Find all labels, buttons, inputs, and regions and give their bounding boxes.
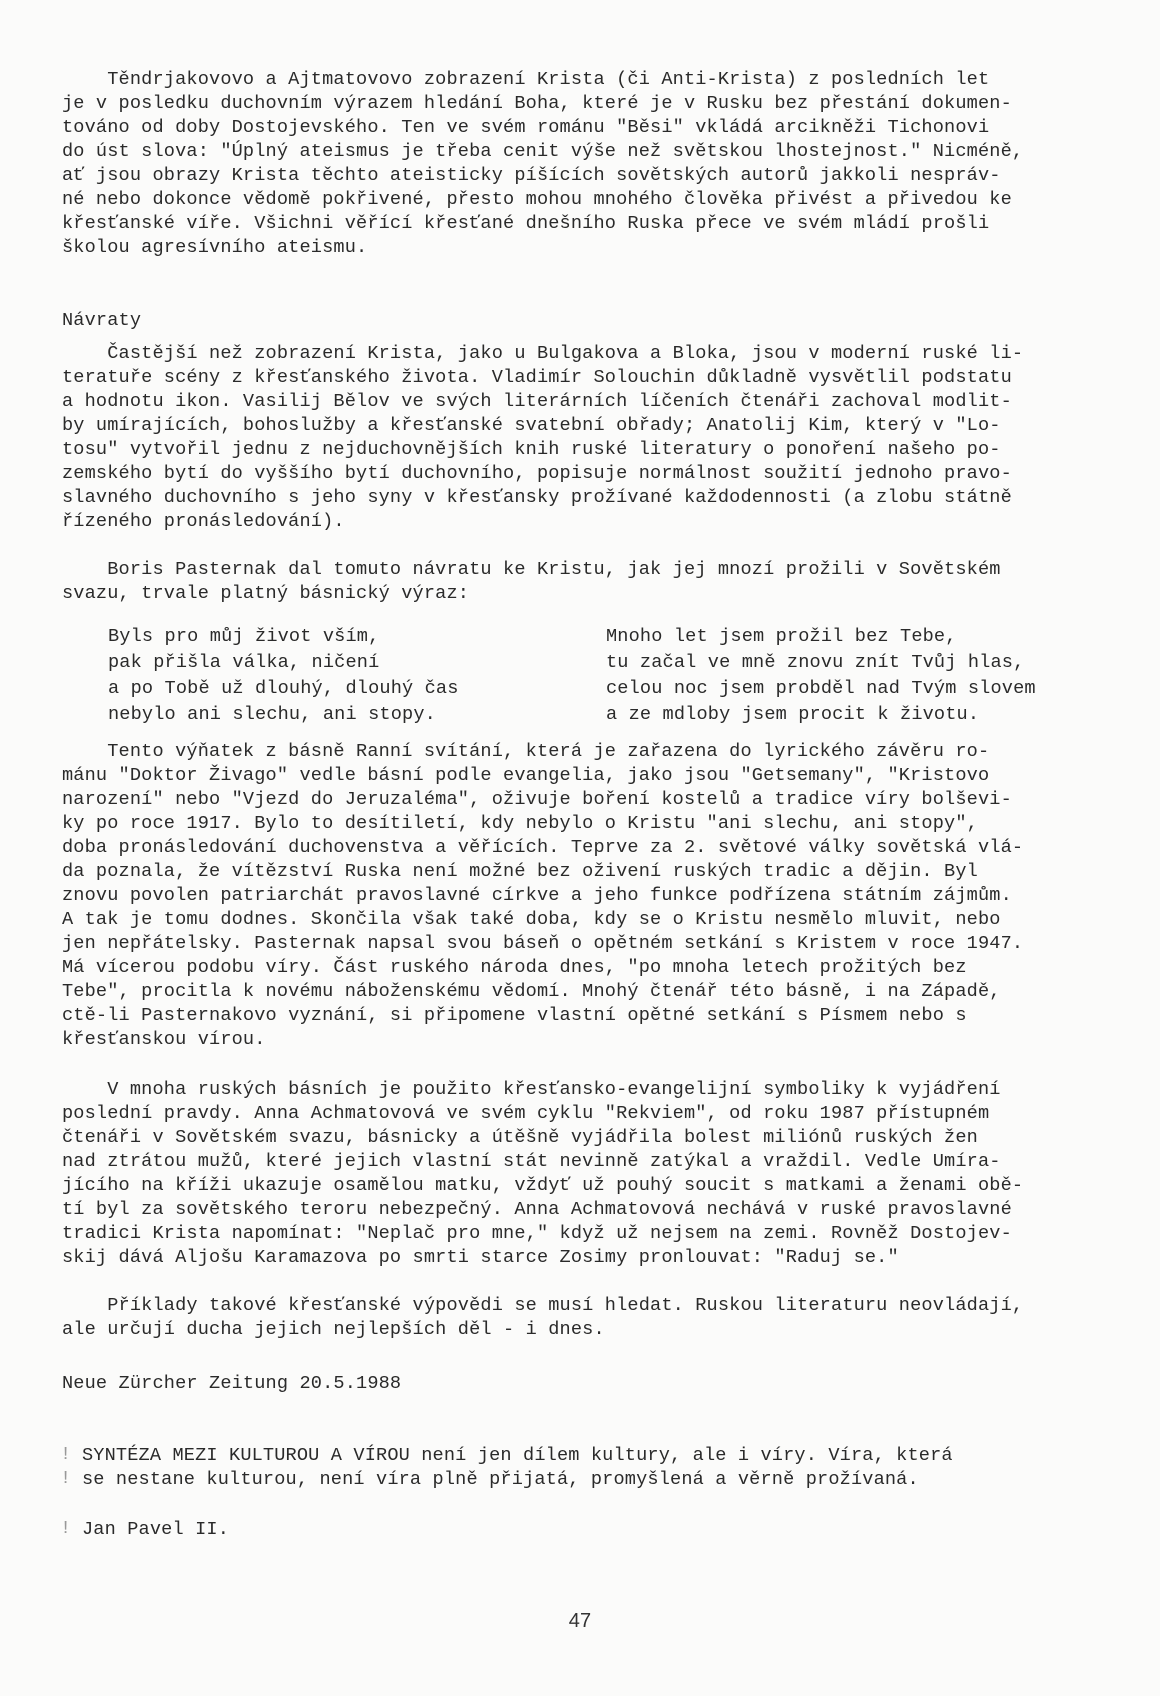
text-line: Častější než zobrazení Krista, jako u Bu… [62, 342, 1023, 366]
text-line: poslední pravdy. Anna Achmatovová ve své… [62, 1102, 989, 1126]
text-line: tí byl za sovětského teroru nebezpečný. … [62, 1198, 1012, 1222]
section-heading: Návraty [62, 310, 141, 331]
text-line: mánu "Doktor Živago" vedle básní podle e… [62, 764, 989, 788]
text-line: křesťanskou vírou. [62, 1028, 266, 1052]
page-number: 47 [0, 1610, 1160, 1633]
text-line: slavného duchovního s jeho syny v křesťa… [62, 486, 1012, 510]
text-line: Příklady takové křesťanské výpovědi se m… [62, 1294, 1023, 1318]
quote-line: SYNTÉZA MEZI KULTUROU A VÍROU není jen d… [82, 1444, 953, 1468]
margin-mark: ! [60, 1468, 71, 1489]
source-citation: Neue Zürcher Zeitung 20.5.1988 [62, 1372, 401, 1396]
text-line: da poznala, že vítězství Ruska není možn… [62, 860, 978, 884]
text-line: nad ztrátou mužů, které jejich vlastní s… [62, 1150, 1001, 1174]
text-line: tosu" vytvořil jednu z nejduchovnějších … [62, 438, 1001, 462]
text-line: čtenáři v Sovětském svazu, básnicky a út… [62, 1126, 978, 1150]
poem-line: a ze mdloby jsem procit k životu. [606, 702, 979, 728]
text-line: znovu povolen patriarchát pravoslavné cí… [62, 884, 1012, 908]
text-line: V mnoha ruských básních je použito křesť… [62, 1078, 1001, 1102]
text-line: továno od doby Dostojevského. Ten ve své… [62, 116, 989, 140]
text-line: svazu, trvale platný básnický výraz: [62, 582, 469, 606]
text-line: jícího na kříži ukazuje osamělou matku, … [62, 1174, 1023, 1198]
poem-line: a po Tobě už dlouhý, dlouhý čas [108, 676, 459, 702]
text-line: jen nepřátelsky. Pasternak napsal svou b… [62, 932, 1023, 956]
quote-author: Jan Pavel II. [82, 1518, 229, 1542]
text-line: ale určují ducha jejich nejlepších děl -… [62, 1318, 605, 1342]
quote-line: se nestane kulturou, není víra plně přij… [82, 1468, 919, 1492]
text-line: ať jsou obrazy Krista těchto ateisticky … [62, 164, 1001, 188]
poem-line: tu začal ve mně znovu znít Tvůj hlas, [606, 650, 1024, 676]
text-line: Tebe", procitla k novému náboženskému vě… [62, 980, 1001, 1004]
text-line: školou agresívního ateismu. [62, 236, 367, 260]
document-page: Těndrjakovovo a Ajtmatovovo zobrazení Kr… [0, 0, 1160, 1696]
text-line: skij dává Aljošu Karamazova po smrti sta… [62, 1246, 899, 1270]
text-line: ky po roce 1917. Bylo to desítiletí, kdy… [62, 812, 978, 836]
poem-line: nebylo ani slechu, ani stopy. [108, 702, 436, 728]
text-line: né nebo dokonce vědomě pokřivené, přesto… [62, 188, 1012, 212]
poem-line: Byls pro můj život vším, [108, 624, 379, 650]
text-line: a hodnotu ikon. Vasilij Bělov ve svých l… [62, 390, 1012, 414]
text-line: by umírajících, bohoslužby a křesťanské … [62, 414, 1001, 438]
text-line: teratuře scény z křesťanského života. Vl… [62, 366, 1012, 390]
text-line: zemského bytí do vyššího bytí duchovního… [62, 462, 1012, 486]
text-line: do úst slova: "Úplný ateismus je třeba c… [62, 140, 1023, 164]
text-line: ctě-li Pasternakovo vyznání, si připomen… [62, 1004, 967, 1028]
text-line: Má vícerou podobu víry. Část ruského nár… [62, 956, 967, 980]
text-line: narození" nebo "Vjezd do Jeruzaléma", ož… [62, 788, 1012, 812]
text-line: Boris Pasternak dal tomuto návratu ke Kr… [62, 558, 1001, 582]
poem-line: Mnoho let jsem prožil bez Tebe, [606, 624, 957, 650]
text-line: křesťanské víře. Všichni věřící křesťané… [62, 212, 989, 236]
text-line: řízeného pronásledování). [62, 510, 345, 534]
text-line: je v posledku duchovním výrazem hledání … [62, 92, 1012, 116]
text-line: tradici Krista napomínat: "Neplač pro mn… [62, 1222, 1012, 1246]
text-line: Těndrjakovovo a Ajtmatovovo zobrazení Kr… [62, 68, 989, 92]
text-line: doba pronásledování duchovenstva a věříc… [62, 836, 1023, 860]
text-line: A tak je tomu dodnes. Skončila však také… [62, 908, 1001, 932]
text-line: Tento výňatek z básně Ranní svítání, kte… [62, 740, 989, 764]
poem-line: celou noc jsem probděl nad Tvým slovem [606, 676, 1036, 702]
margin-mark: ! [60, 1444, 71, 1465]
margin-mark: ! [60, 1518, 71, 1539]
poem-line: pak přišla válka, ničení [108, 650, 379, 676]
